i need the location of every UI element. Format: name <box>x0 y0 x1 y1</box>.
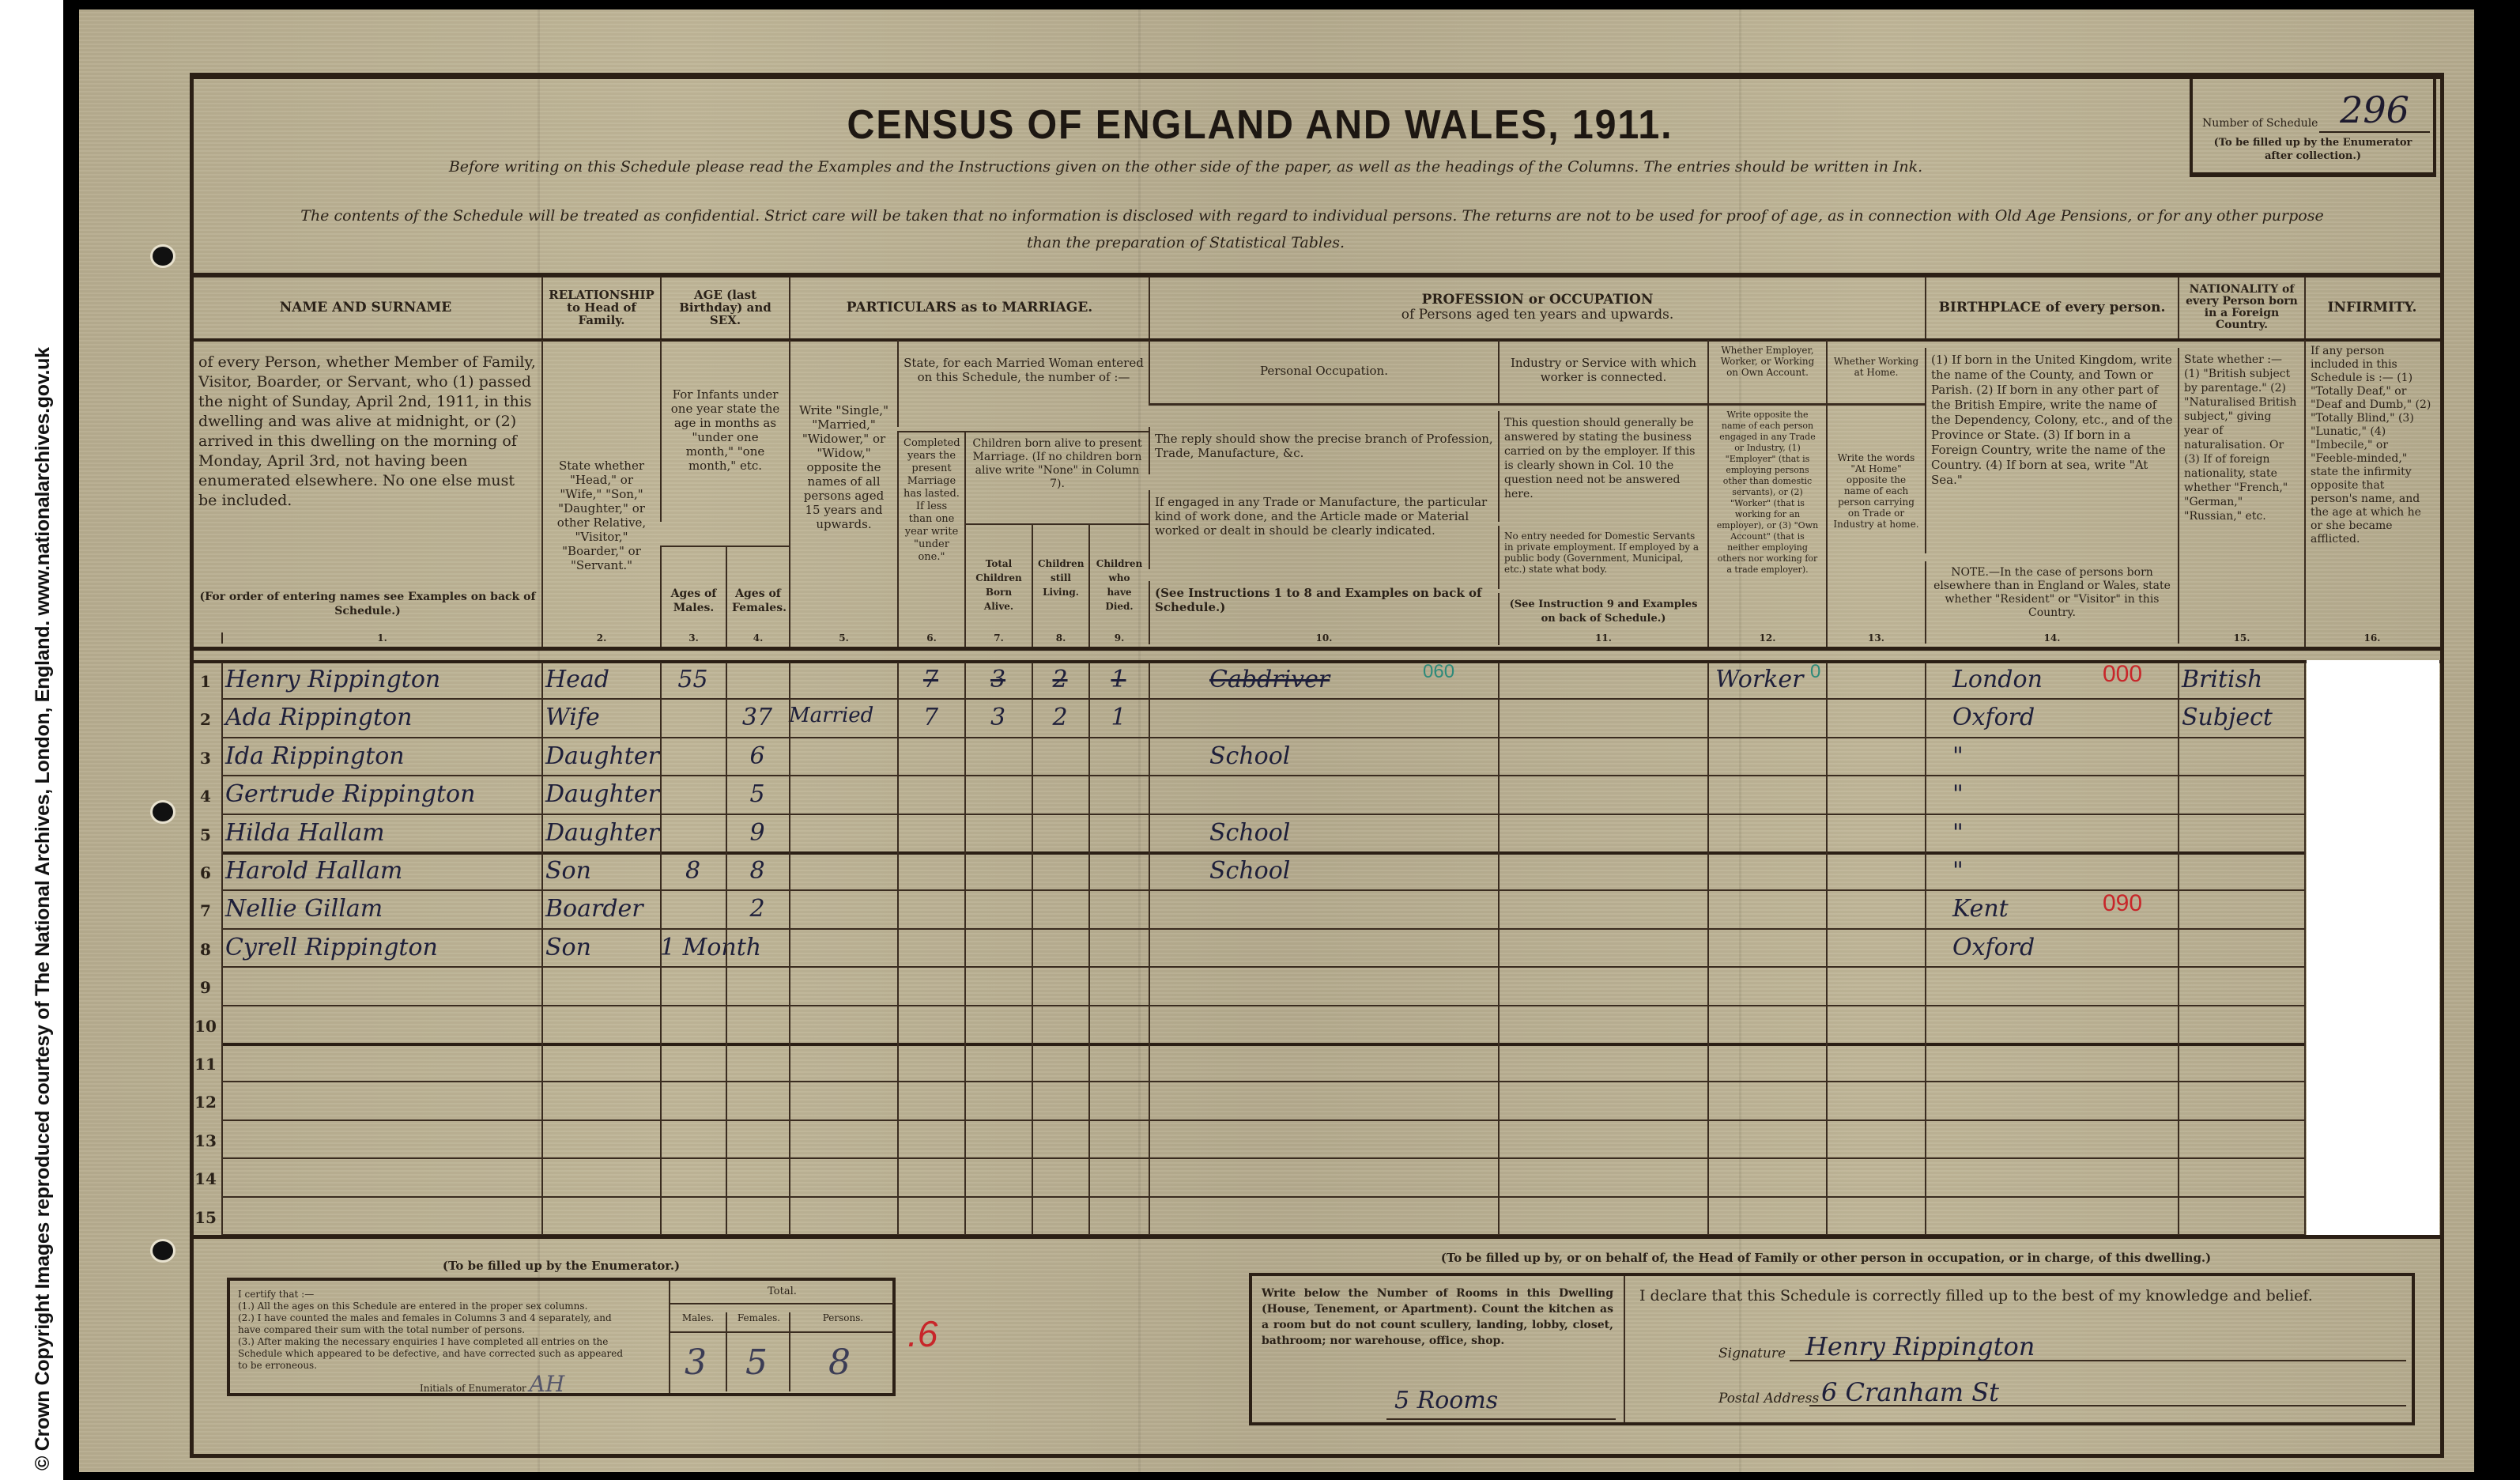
cell-male[interactable]: 1 Month <box>660 934 726 961</box>
certify-item-1: (1.) All the ages on this Schedule are e… <box>238 1301 633 1312</box>
cell-died[interactable]: 1 <box>1088 704 1149 731</box>
row-number: 5 <box>190 825 221 844</box>
row-number: 10 <box>190 1017 221 1036</box>
row-number: 11 <box>190 1055 221 1074</box>
row-number: 3 <box>190 749 221 768</box>
schedule-number-value[interactable]: 296 <box>2319 92 2430 133</box>
children-living-label: Children still Living. <box>1032 525 1088 647</box>
schedule-number-label: Number of Schedule <box>2202 117 2318 130</box>
cell-occupation[interactable]: Cabdriver <box>1209 666 1330 693</box>
column-number: 6. <box>897 632 964 644</box>
column-number: 4. <box>726 632 789 644</box>
enumerator-box: I certify that :— (1.) All the ages on t… <box>227 1278 896 1396</box>
cell-female[interactable]: 2 <box>726 895 789 923</box>
row-number: 4 <box>190 787 221 806</box>
cell-name[interactable]: Nellie Gillam <box>225 895 383 923</box>
initials-label: Initials of Enumerator <box>420 1383 526 1394</box>
employer-instructions: Write opposite the name of each person e… <box>1707 405 1826 647</box>
cell-rel[interactable]: Son <box>545 857 591 885</box>
column-number: 10. <box>1149 632 1498 644</box>
total-females[interactable]: 5 <box>745 1342 768 1383</box>
cell-total[interactable]: 3 <box>964 704 1032 731</box>
cell-name[interactable]: Henry Rippington <box>225 666 440 693</box>
row-number: 7 <box>190 901 221 920</box>
employer-header: Whether Employer, Worker, or Working on … <box>1707 340 1826 403</box>
column-number: 15. <box>2178 632 2304 644</box>
enumerator-heading: (To be filled up by the Enumerator.) <box>227 1259 896 1273</box>
cell-female[interactable]: 9 <box>726 819 789 847</box>
cell-years[interactable]: 7 <box>897 666 964 693</box>
cell-female[interactable]: 37 <box>726 704 789 731</box>
enumerator-initials[interactable]: AH <box>530 1371 565 1397</box>
nationality-instructions: State whether :— (1) "British subject by… <box>2178 348 2304 640</box>
copyright-text: © Crown Copyright Images reproduced cour… <box>32 347 55 1471</box>
cell-living[interactable]: 2 <box>1032 704 1088 731</box>
row-number: 8 <box>190 940 221 959</box>
householder-box: Write below the Number of Rooms in this … <box>1249 1273 2415 1425</box>
cell-birthplace[interactable]: " <box>1952 742 1964 770</box>
signature-value[interactable]: Henry Rippington <box>1805 1331 2035 1361</box>
cell-rel[interactable]: Daughter <box>545 819 659 847</box>
schedule-number-note: (To be filled up by the Enumerator after… <box>2199 136 2427 163</box>
cell-living[interactable]: 2 <box>1032 666 1088 693</box>
married-woman-instructions: State, for each Married Woman entered on… <box>897 340 1149 427</box>
cell-total[interactable]: 3 <box>964 666 1032 693</box>
home-header: Whether Working at Home. <box>1826 340 1925 403</box>
cell-male[interactable]: 8 <box>660 857 726 885</box>
page-title: CENSUS OF ENGLAND AND WALES, 1911. <box>89 101 2432 149</box>
ink-instruction: Before writing on this Schedule please r… <box>198 158 2174 176</box>
total-children-label: Total Children Born Alive. <box>964 525 1032 647</box>
red-annotation: .6 <box>907 1312 937 1355</box>
cell-occupation[interactable]: School <box>1209 857 1290 885</box>
row-number: 14 <box>190 1169 221 1188</box>
row-number: 9 <box>190 978 221 997</box>
column-number: 8. <box>1032 632 1088 644</box>
total-persons[interactable]: 8 <box>828 1342 851 1383</box>
column-number: 13. <box>1826 632 1925 644</box>
address-value[interactable]: 6 Cranham St <box>1821 1377 1999 1407</box>
cell-female[interactable]: 6 <box>726 742 789 770</box>
cell-status[interactable]: Married <box>789 704 873 727</box>
cell-birthplace[interactable]: " <box>1952 819 1964 847</box>
relationship-instructions: State whether "Head," or "Wife," "Son," … <box>541 340 660 647</box>
home-instructions: Write the words "At Home" opposite the n… <box>1826 405 1925 647</box>
cell-employer[interactable]: Worker <box>1715 666 1803 693</box>
certify-label: I certify that :— <box>238 1289 633 1301</box>
code-occ-code: 060 <box>1423 661 1454 683</box>
industry-instr2: No entry needed for Domestic Servants in… <box>1498 526 1707 589</box>
header-marriage: PARTICULARS as to MARRIAGE. <box>789 277 1149 338</box>
row-number: 13 <box>190 1131 221 1150</box>
punch-hole <box>153 1241 173 1260</box>
confidential-notice-cont: than the preparation of Statistical Tabl… <box>198 234 2174 251</box>
cell-rel[interactable]: Daughter <box>545 780 659 808</box>
cell-birthplace[interactable]: Oxford <box>1952 704 2035 731</box>
header-age: AGE (last Birthday) and SEX. <box>660 277 789 338</box>
column-number: 9. <box>1088 632 1149 644</box>
row-number: 2 <box>190 710 221 729</box>
birthplace-note: NOTE.—In the case of persons born elsewh… <box>1925 561 2178 640</box>
header-infirmity: INFIRMITY. <box>2304 277 2439 338</box>
rooms-value[interactable]: 5 Rooms <box>1394 1387 1498 1414</box>
personal-occupation-instr2: If engaged in any Trade or Manufacture, … <box>1149 490 1498 569</box>
cell-birthplace[interactable]: London <box>1952 666 2043 693</box>
personal-occupation-instr1: The reply should show the precise branch… <box>1149 427 1498 474</box>
punch-hole <box>153 802 173 821</box>
name-instructions: of every Person, whether Member of Famil… <box>194 348 541 585</box>
total-label: Total. <box>670 1286 894 1297</box>
header-occupation-sub: of Persons aged ten years and upwards. <box>1401 308 1674 323</box>
confidential-notice: The contents of the Schedule will be tre… <box>213 207 2411 225</box>
header-relationship: RELATIONSHIP to Head of Family. <box>541 277 660 338</box>
column-number: 5. <box>789 632 897 644</box>
column-number: 11. <box>1498 632 1707 644</box>
certify-item-2: (2.) I have counted the males and female… <box>238 1312 633 1336</box>
code-bp-code: 000 <box>2103 661 2142 688</box>
children-died-label: Children who have Died. <box>1088 525 1149 647</box>
header-birthplace: BIRTHPLACE of every person. <box>1925 277 2178 338</box>
copyright-strip: © Crown Copyright Images reproduced cour… <box>0 0 63 1480</box>
cell-birthplace[interactable]: " <box>1952 857 1964 885</box>
declaration-text: I declare that this Schedule is correctl… <box>1639 1287 2313 1304</box>
column-number: 14. <box>1925 632 2178 644</box>
cell-birthplace[interactable]: " <box>1952 780 1964 808</box>
age-instructions: For Infants under one year state the age… <box>660 340 789 522</box>
cell-name[interactable]: Cyrell Rippington <box>225 934 438 961</box>
row-number: 1 <box>190 672 221 691</box>
cell-name[interactable]: Harold Hallam <box>225 857 402 885</box>
birthplace-instructions: (1) If born in the United Kingdom, write… <box>1925 348 2178 553</box>
column-number: 16. <box>2304 632 2439 644</box>
cell-rel[interactable]: Wife <box>545 704 600 731</box>
marriage-years-instructions: Completed years the present Marriage has… <box>897 432 964 647</box>
cell-occupation[interactable]: School <box>1209 819 1290 847</box>
column-number: 3. <box>660 632 726 644</box>
column-number: 7. <box>964 632 1032 644</box>
column-number: 2. <box>541 632 660 644</box>
cell-nationality[interactable]: Subject <box>2182 704 2273 731</box>
cell-male[interactable]: 55 <box>660 666 726 693</box>
address-label: Postal Address <box>1718 1391 1819 1406</box>
males-label: Males. <box>670 1312 726 1323</box>
industry-header: Industry or Service with which worker is… <box>1498 340 1707 403</box>
cell-occupation[interactable]: School <box>1209 742 1290 770</box>
redaction-box <box>2307 660 2439 1237</box>
rooms-section: Write below the Number of Rooms in this … <box>1252 1276 1625 1422</box>
cell-years[interactable]: 7 <box>897 704 964 731</box>
children-instructions: Children born alive to present Marriage.… <box>964 432 1149 523</box>
header-occupation: PROFESSION or OCCUPATION <box>1422 293 1654 308</box>
cell-name[interactable]: Hilda Hallam <box>225 819 385 847</box>
cell-nationality[interactable]: British <box>2182 666 2262 693</box>
householder-heading: (To be filled up by, or on behalf of, th… <box>1233 1251 2419 1265</box>
certify-item-3: (3.) After making the necessary enquirie… <box>238 1336 633 1372</box>
cell-died[interactable]: 1 <box>1088 666 1149 693</box>
cell-rel[interactable]: Boarder <box>545 895 643 923</box>
industry-instr1: This question should generally be answer… <box>1498 411 1707 522</box>
cell-female[interactable]: 5 <box>726 780 789 808</box>
row-number: 15 <box>190 1208 221 1227</box>
cell-female[interactable]: 8 <box>726 857 789 885</box>
column-number: 1. <box>221 632 541 644</box>
infirmity-instructions: If any person included in this Schedule … <box>2304 340 2439 647</box>
cell-name[interactable]: Gertrude Rippington <box>225 780 475 808</box>
cell-rel[interactable]: Daughter <box>545 742 659 770</box>
row-number: 12 <box>190 1093 221 1112</box>
header-name: NAME AND SURNAME <box>190 277 541 338</box>
punch-hole <box>153 247 173 266</box>
signature-label: Signature <box>1718 1346 1786 1361</box>
row-number: 6 <box>190 863 221 882</box>
cell-name[interactable]: Ada Rippington <box>225 704 412 731</box>
cell-birthplace[interactable]: Oxford <box>1952 934 2035 961</box>
totals-box: Total. Males. Females. Persons. 3 5 8 <box>669 1281 894 1393</box>
personal-occupation-header: Personal Occupation. <box>1149 340 1498 403</box>
cell-rel[interactable]: Son <box>545 934 591 961</box>
total-males[interactable]: 3 <box>685 1342 707 1383</box>
header-nationality: NATIONALITY of every Person born in a Fo… <box>2178 277 2304 338</box>
rooms-instructions: Write below the Number of Rooms in this … <box>1262 1286 1613 1349</box>
cell-birthplace[interactable]: Kent <box>1952 895 2009 923</box>
name-footnote: (For order of entering names see Example… <box>194 585 541 632</box>
code-employer-code: 0 <box>1810 661 1820 683</box>
cell-name[interactable]: Ida Rippington <box>225 742 405 770</box>
cell-rel[interactable]: Head <box>545 666 609 693</box>
schedule-number-box: Number of Schedule 296 (To be filled up … <box>2190 76 2436 177</box>
marital-status-instructions: Write "Single," "Married," "Widower," or… <box>789 340 897 647</box>
code-bp-code: 090 <box>2103 890 2142 917</box>
column-number: 12. <box>1707 632 1826 644</box>
